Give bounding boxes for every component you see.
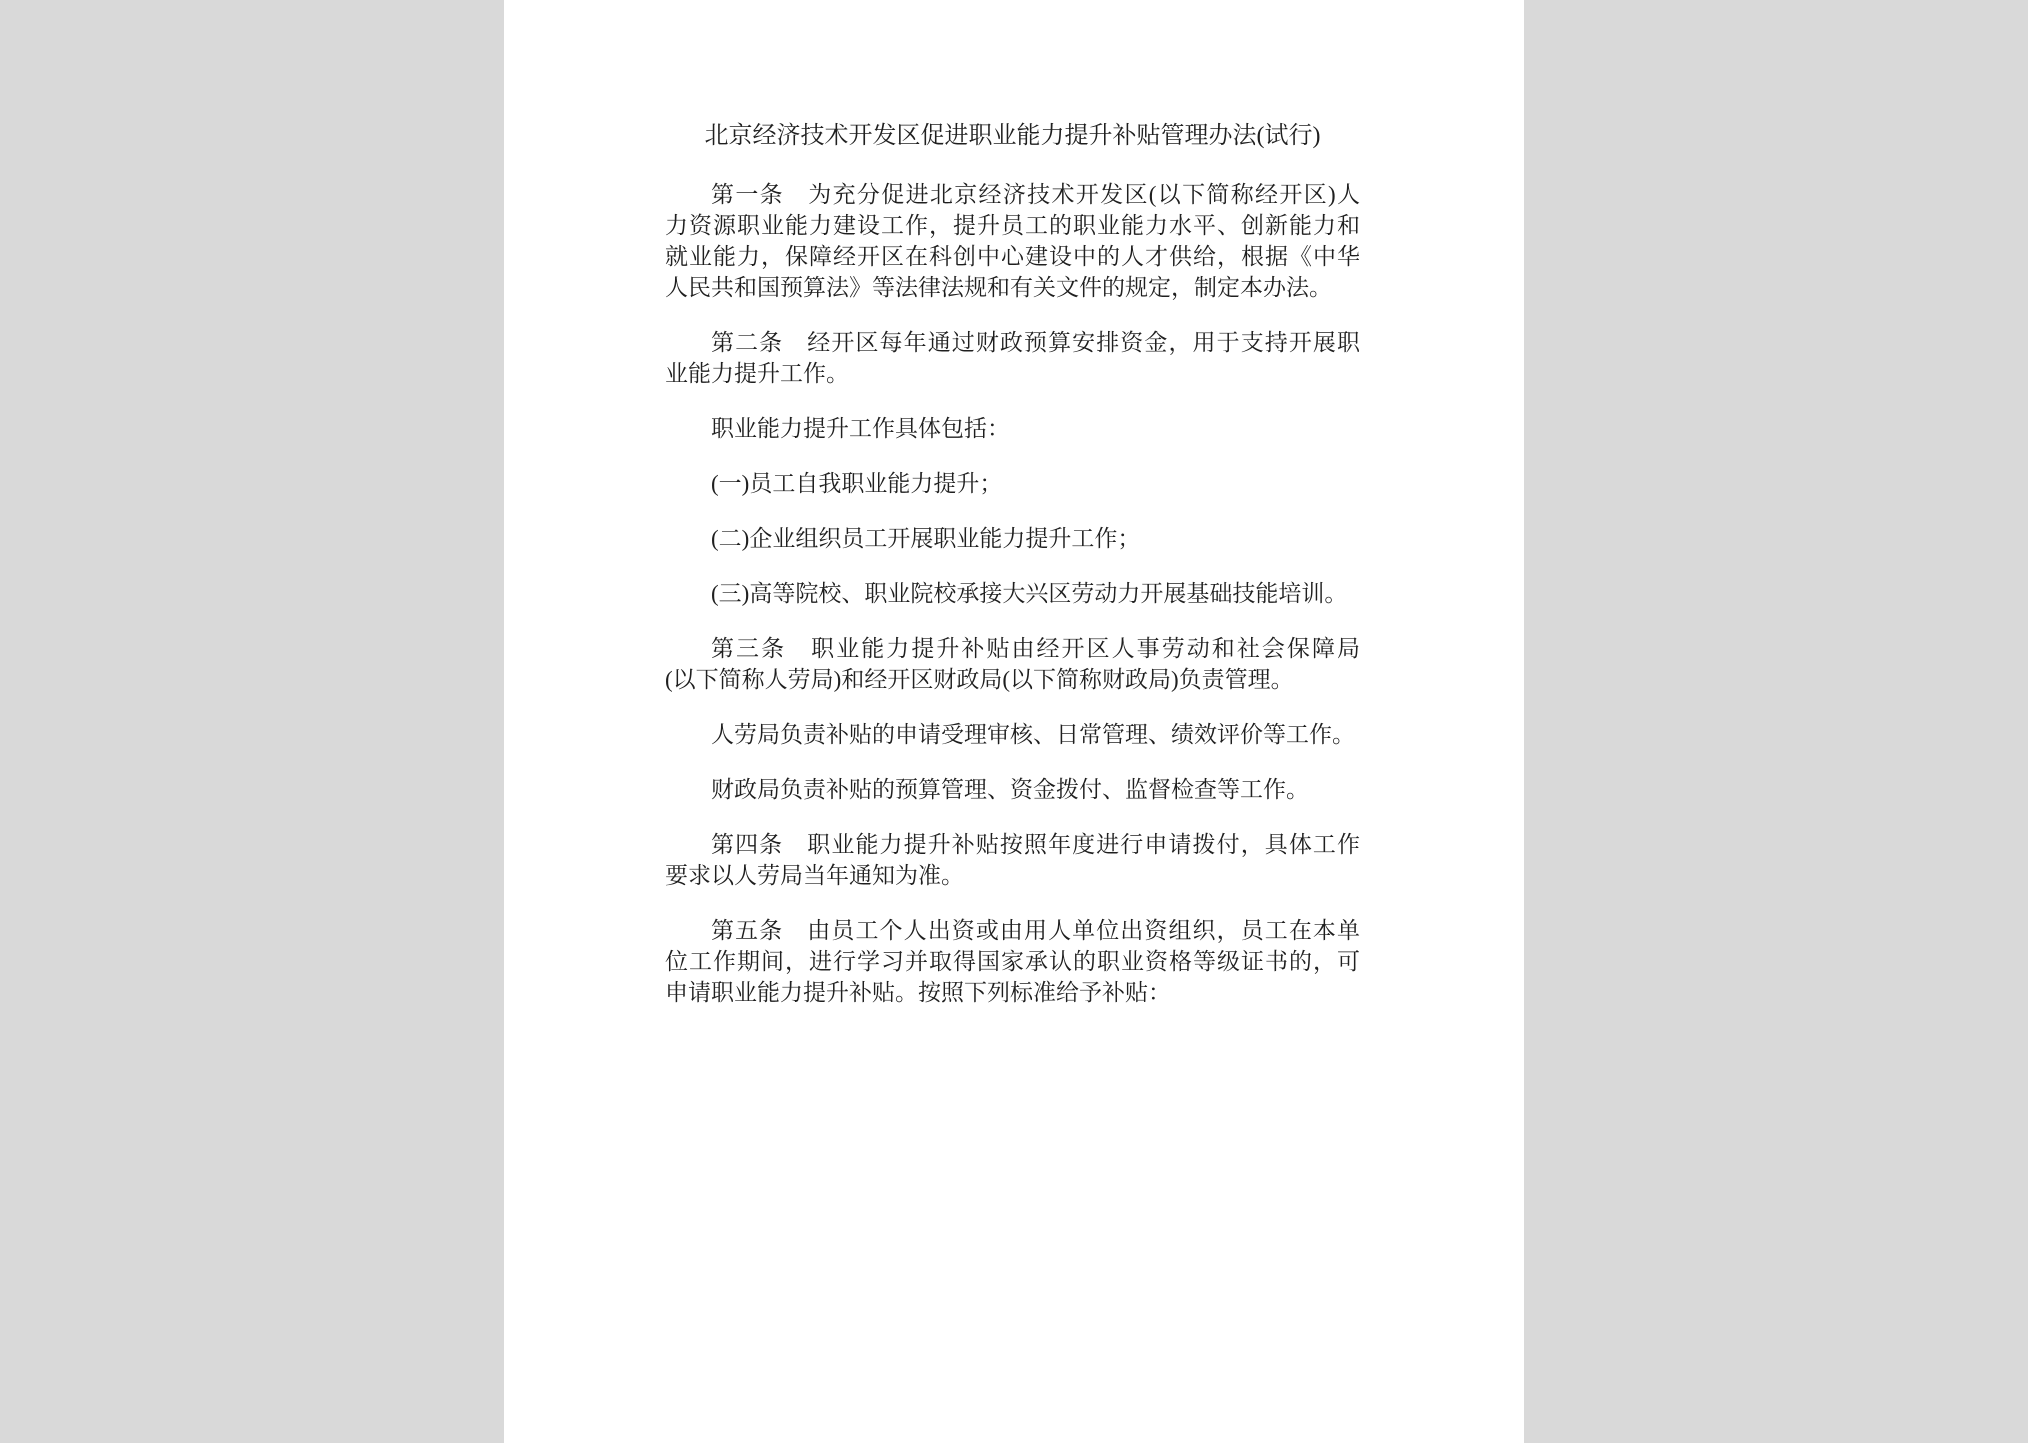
paragraph-line: 人民共和国预算法》等法律法规和有关文件的规定，制定本办法。 <box>665 272 1360 303</box>
paragraph: 职业能力提升工作具体包括： <box>665 413 1360 444</box>
viewer-background: { "page": { "background_color": "#d9d9d9… <box>0 0 2028 1443</box>
paragraph-line: 职业能力提升工作具体包括： <box>665 413 1360 444</box>
paragraph-line: (二)企业组织员工开展职业能力提升工作； <box>665 523 1360 554</box>
document-title: 北京经济技术开发区促进职业能力提升补贴管理办法(试行) <box>665 121 1360 152</box>
paragraph-line: 要求以人劳局当年通知为准。 <box>665 860 1360 891</box>
paragraph: 第二条 经开区每年通过财政预算安排资金，用于支持开展职业能力提升工作。 <box>665 327 1360 389</box>
paragraph: (三)高等院校、职业院校承接大兴区劳动力开展基础技能培训。 <box>665 578 1360 609</box>
paragraph-line: 申请职业能力提升补贴。按照下列标准给予补贴： <box>665 977 1360 1008</box>
paragraph: 第一条 为充分促进北京经济技术开发区(以下简称经开区)人力资源职业能力建设工作，… <box>665 179 1360 303</box>
paragraph: 第五条 由员工个人出资或由用人单位出资组织，员工在本单位工作期间，进行学习并取得… <box>665 915 1360 1008</box>
paragraph-line: 第二条 经开区每年通过财政预算安排资金，用于支持开展职 <box>665 327 1360 358</box>
document-page: 北京经济技术开发区促进职业能力提升补贴管理办法(试行) 第一条 为充分促进北京经… <box>504 0 1524 1443</box>
paragraph: 第三条 职业能力提升补贴由经开区人事劳动和社会保障局(以下简称人劳局)和经开区财… <box>665 633 1360 695</box>
paragraph-line: (以下简称人劳局)和经开区财政局(以下简称财政局)负责管理。 <box>665 664 1360 695</box>
paragraph-line: (一)员工自我职业能力提升； <box>665 468 1360 499</box>
paragraph-line: 第一条 为充分促进北京经济技术开发区(以下简称经开区)人 <box>665 179 1360 210</box>
paragraph-line: 财政局负责补贴的预算管理、资金拨付、监督检查等工作。 <box>665 774 1360 805</box>
paragraph-line: 力资源职业能力建设工作，提升员工的职业能力水平、创新能力和 <box>665 210 1360 241</box>
paragraph-line: 第四条 职业能力提升补贴按照年度进行申请拨付，具体工作 <box>665 829 1360 860</box>
paragraph-line: 第三条 职业能力提升补贴由经开区人事劳动和社会保障局 <box>665 633 1360 664</box>
document-body: 第一条 为充分促进北京经济技术开发区(以下简称经开区)人力资源职业能力建设工作，… <box>665 179 1360 1008</box>
paragraph-line: (三)高等院校、职业院校承接大兴区劳动力开展基础技能培训。 <box>665 578 1360 609</box>
paragraph: 第四条 职业能力提升补贴按照年度进行申请拨付，具体工作要求以人劳局当年通知为准。 <box>665 829 1360 891</box>
paragraph: (一)员工自我职业能力提升； <box>665 468 1360 499</box>
paragraph-line: 位工作期间，进行学习并取得国家承认的职业资格等级证书的，可 <box>665 946 1360 977</box>
paragraph-line: 人劳局负责补贴的申请受理审核、日常管理、绩效评价等工作。 <box>665 719 1360 750</box>
paragraph-line: 就业能力，保障经开区在科创中心建设中的人才供给，根据《中华 <box>665 241 1360 272</box>
paragraph: 人劳局负责补贴的申请受理审核、日常管理、绩效评价等工作。 <box>665 719 1360 750</box>
paragraph-line: 业能力提升工作。 <box>665 358 1360 389</box>
paragraph: 财政局负责补贴的预算管理、资金拨付、监督检查等工作。 <box>665 774 1360 805</box>
paragraph-line: 第五条 由员工个人出资或由用人单位出资组织，员工在本单 <box>665 915 1360 946</box>
paragraph: (二)企业组织员工开展职业能力提升工作； <box>665 523 1360 554</box>
